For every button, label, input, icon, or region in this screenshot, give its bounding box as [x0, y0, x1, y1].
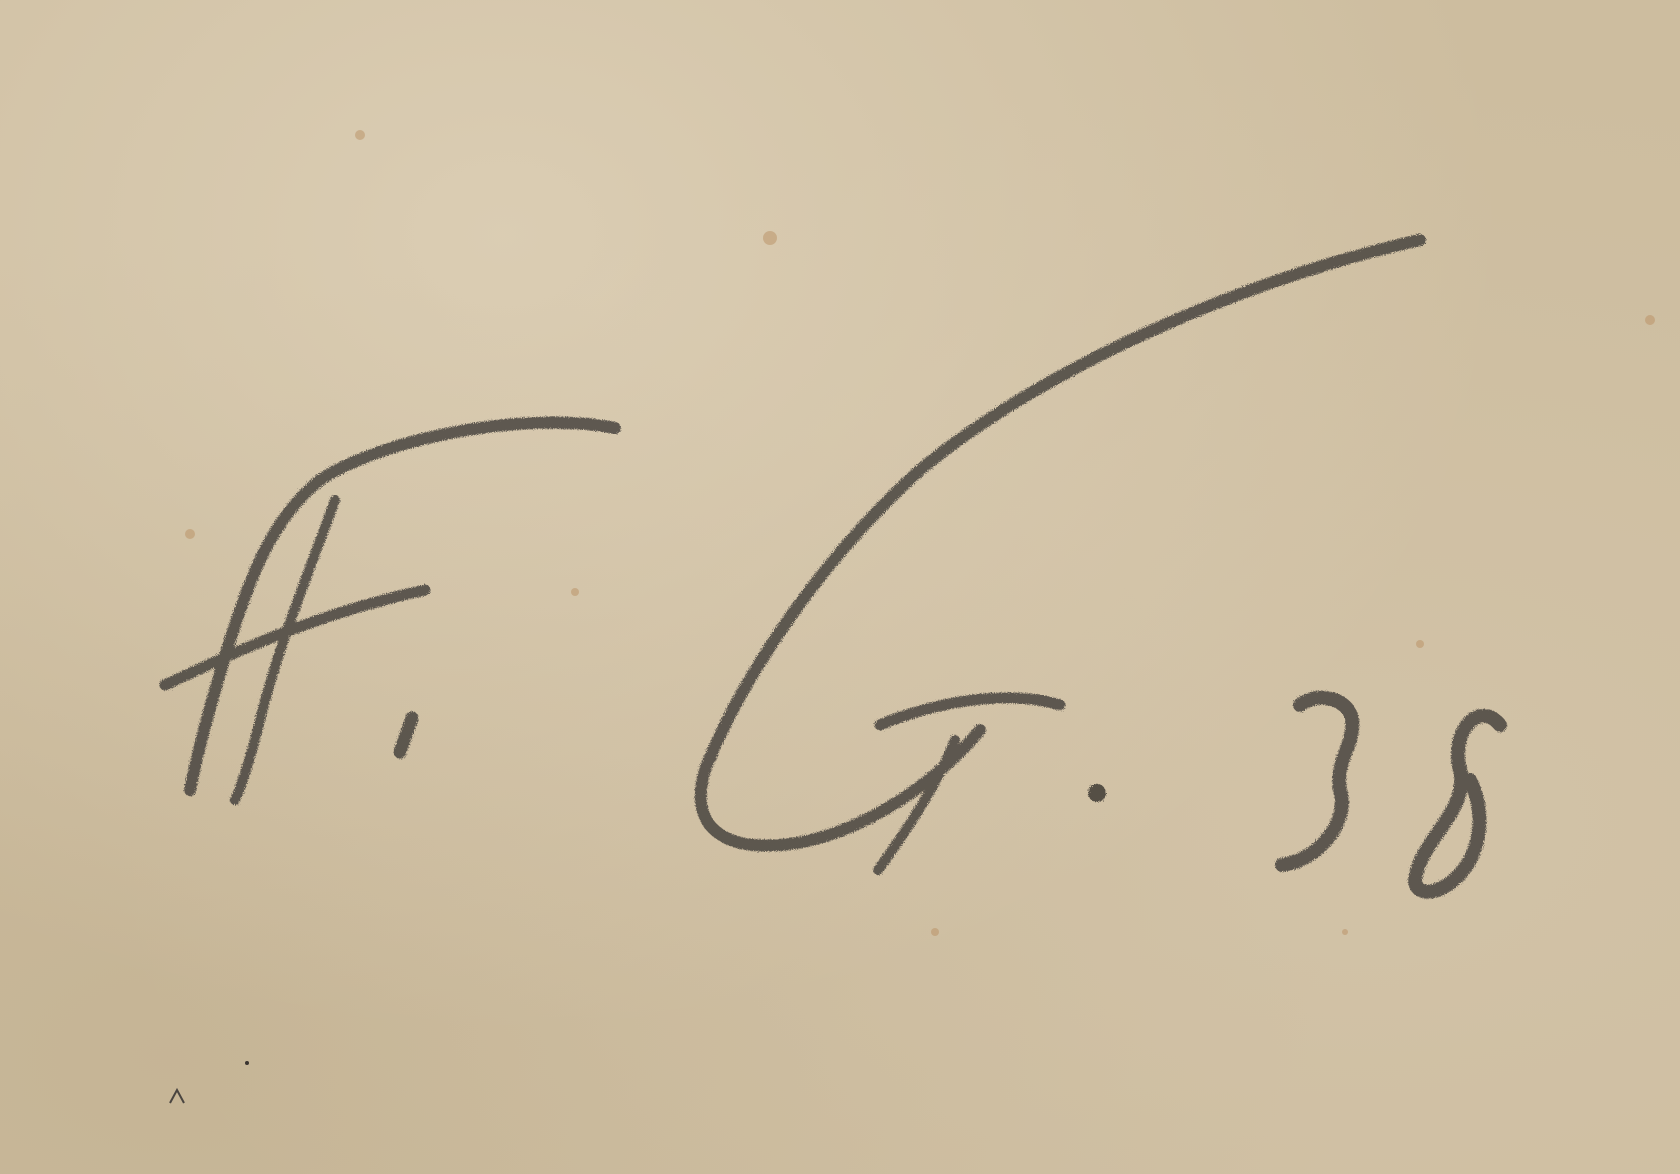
letter-g-bar	[880, 698, 1060, 725]
period-2	[1088, 784, 1106, 802]
digit-8	[1415, 716, 1500, 892]
signature-drawing	[0, 0, 1680, 1174]
aged-paper: F. G. 38	[0, 0, 1680, 1174]
letter-g	[701, 240, 1420, 846]
digit-3	[1282, 698, 1352, 865]
stray-mark	[170, 1090, 184, 1103]
stray-dot	[245, 1061, 249, 1065]
period-1	[400, 718, 412, 752]
